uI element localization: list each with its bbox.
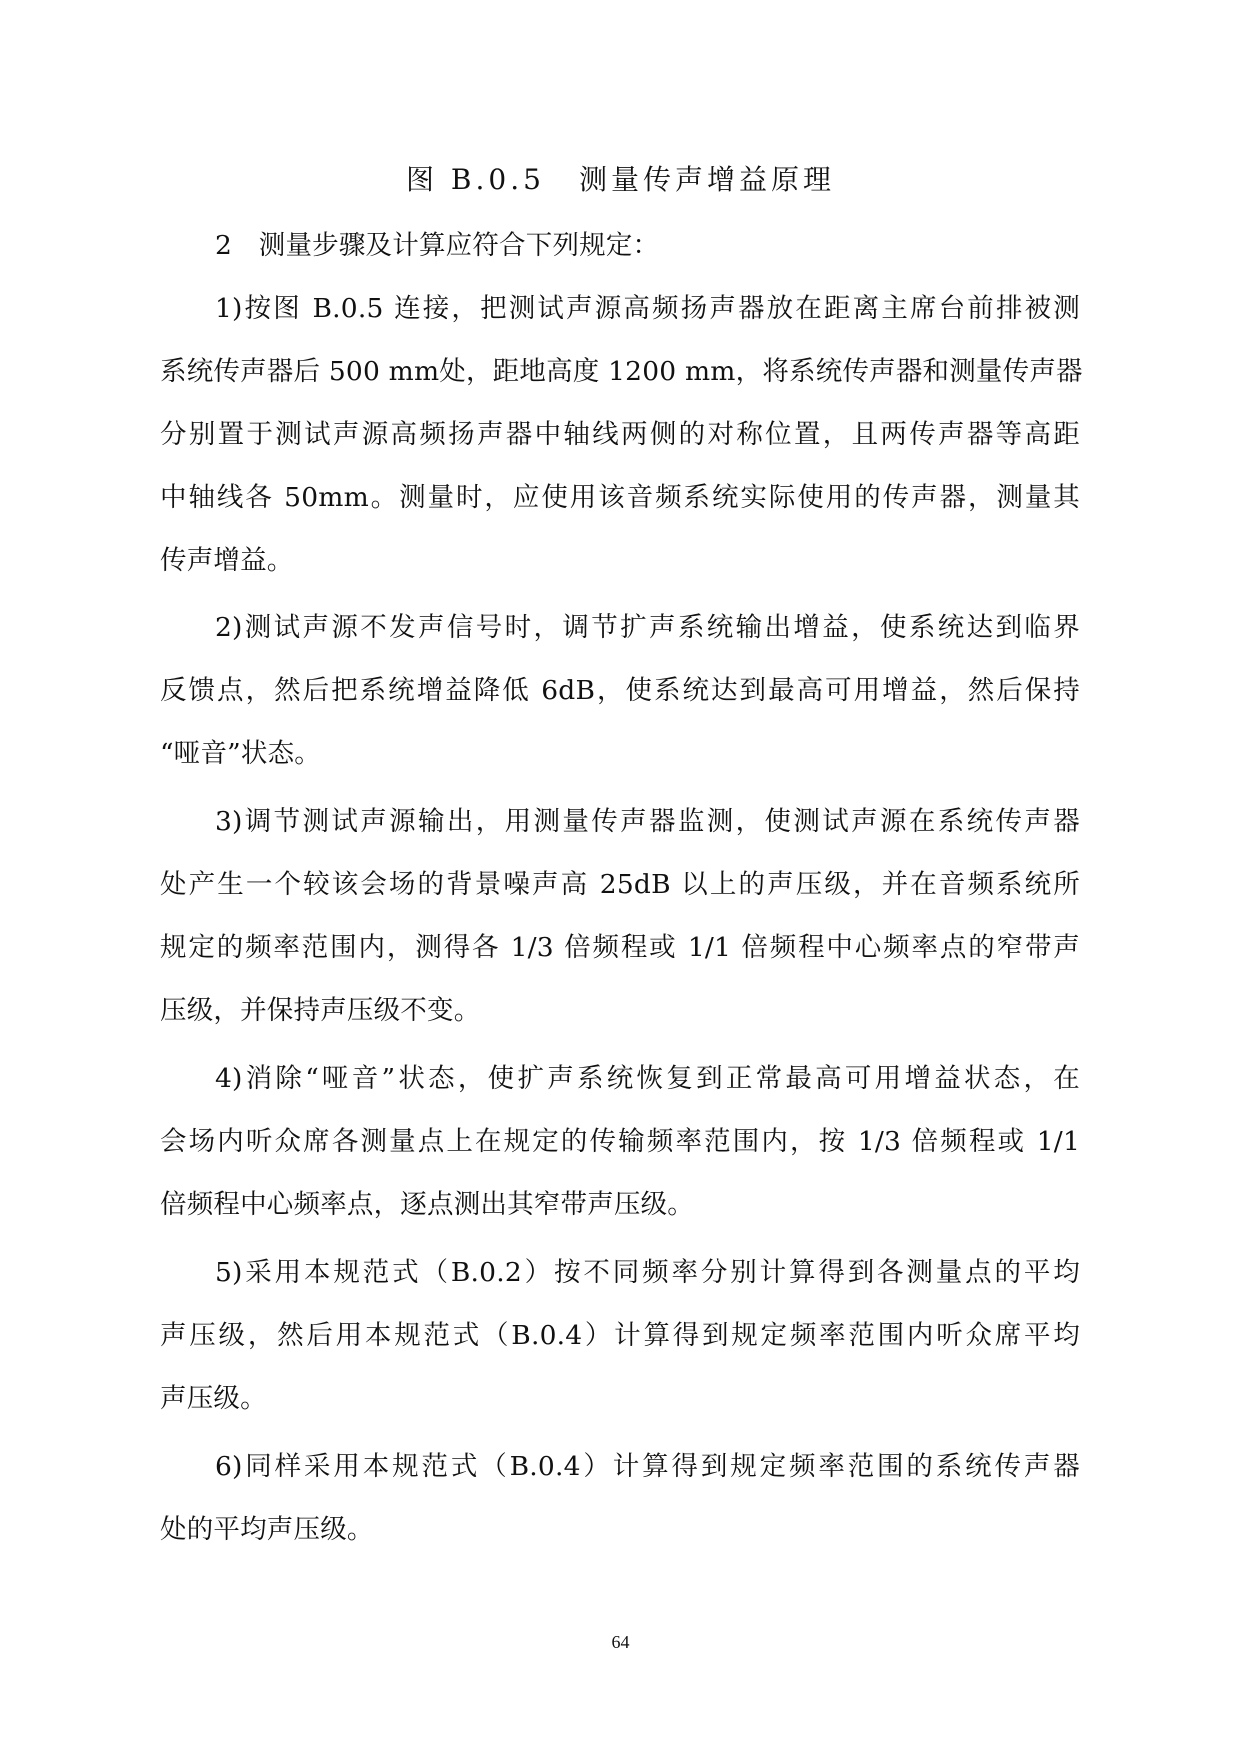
step-2-line-1: 2)测试声源不发声信号时，调节扩声系统输出增益，使系统达到临界 — [215, 608, 1080, 648]
figure-title: 测量传声增益原理 — [579, 163, 835, 196]
step-3-line-4: 压级，并保持声压级不变。 — [160, 991, 1080, 1031]
step-4-line-1: 4)消除“哑音”状态，使扩声系统恢复到正常最高可用增益状态，在 — [215, 1059, 1080, 1099]
step-2-line-2: 反馈点，然后把系统增益降低 6dB，使系统达到最高可用增益，然后保持 — [160, 671, 1080, 711]
step-5-line-2: 声压级，然后用本规范式（B.0.4）计算得到规定频率范围内听众席平均 — [160, 1316, 1080, 1356]
step-5-line-3: 声压级。 — [160, 1379, 1080, 1419]
step-3-line-2: 处产生一个较该会场的背景噪声高 25dB 以上的声压级，并在音频系统所 — [160, 865, 1080, 905]
section-heading: 2 测量步骤及计算应符合下列规定： — [215, 226, 1080, 266]
step-3-line-3: 规定的频率范围内，测得各 1/3 倍频程或 1/1 倍频程中心频率点的窄带声 — [160, 928, 1080, 968]
step-2-line-3: “哑音”状态。 — [160, 734, 1080, 774]
step-5-line-1: 5)采用本规范式（B.0.2）按不同频率分别计算得到各测量点的平均 — [215, 1253, 1080, 1293]
step-3-line-1: 3)调节测试声源输出，用测量传声器监测，使测试声源在系统传声器 — [215, 802, 1080, 842]
document-page: 图 B.0.5测量传声增益原理 2 测量步骤及计算应符合下列规定： 1)按图 B… — [0, 0, 1241, 1754]
page-number: 64 — [0, 1632, 1241, 1653]
step-1-line-3: 分别置于测试声源高频扬声器中轴线两侧的对称位置，且两传声器等高距 — [160, 415, 1080, 455]
step-1-line-2: 系统传声器后 500 mm处，距地高度 1200 mm，将系统传声器和测量传声器 — [160, 352, 1080, 392]
step-6-line-1: 6)同样采用本规范式（B.0.4）计算得到规定频率范围的系统传声器 — [215, 1447, 1080, 1487]
figure-caption: 图 B.0.5测量传声增益原理 — [0, 158, 1241, 202]
step-4-line-3: 倍频程中心频率点，逐点测出其窄带声压级。 — [160, 1185, 1080, 1225]
step-1-line-1: 1)按图 B.0.5 连接，把测试声源高频扬声器放在距离主席台前排被测 — [215, 289, 1080, 329]
step-1-line-5: 传声增益。 — [160, 541, 1080, 581]
step-6-line-2: 处的平均声压级。 — [160, 1510, 1080, 1550]
figure-number: 图 B.0.5 — [406, 163, 545, 196]
step-4-line-2: 会场内听众席各测量点上在规定的传输频率范围内，按 1/3 倍频程或 1/1 — [160, 1122, 1080, 1162]
step-1-line-4: 中轴线各 50mm。测量时，应使用该音频系统实际使用的传声器，测量其 — [160, 478, 1080, 518]
